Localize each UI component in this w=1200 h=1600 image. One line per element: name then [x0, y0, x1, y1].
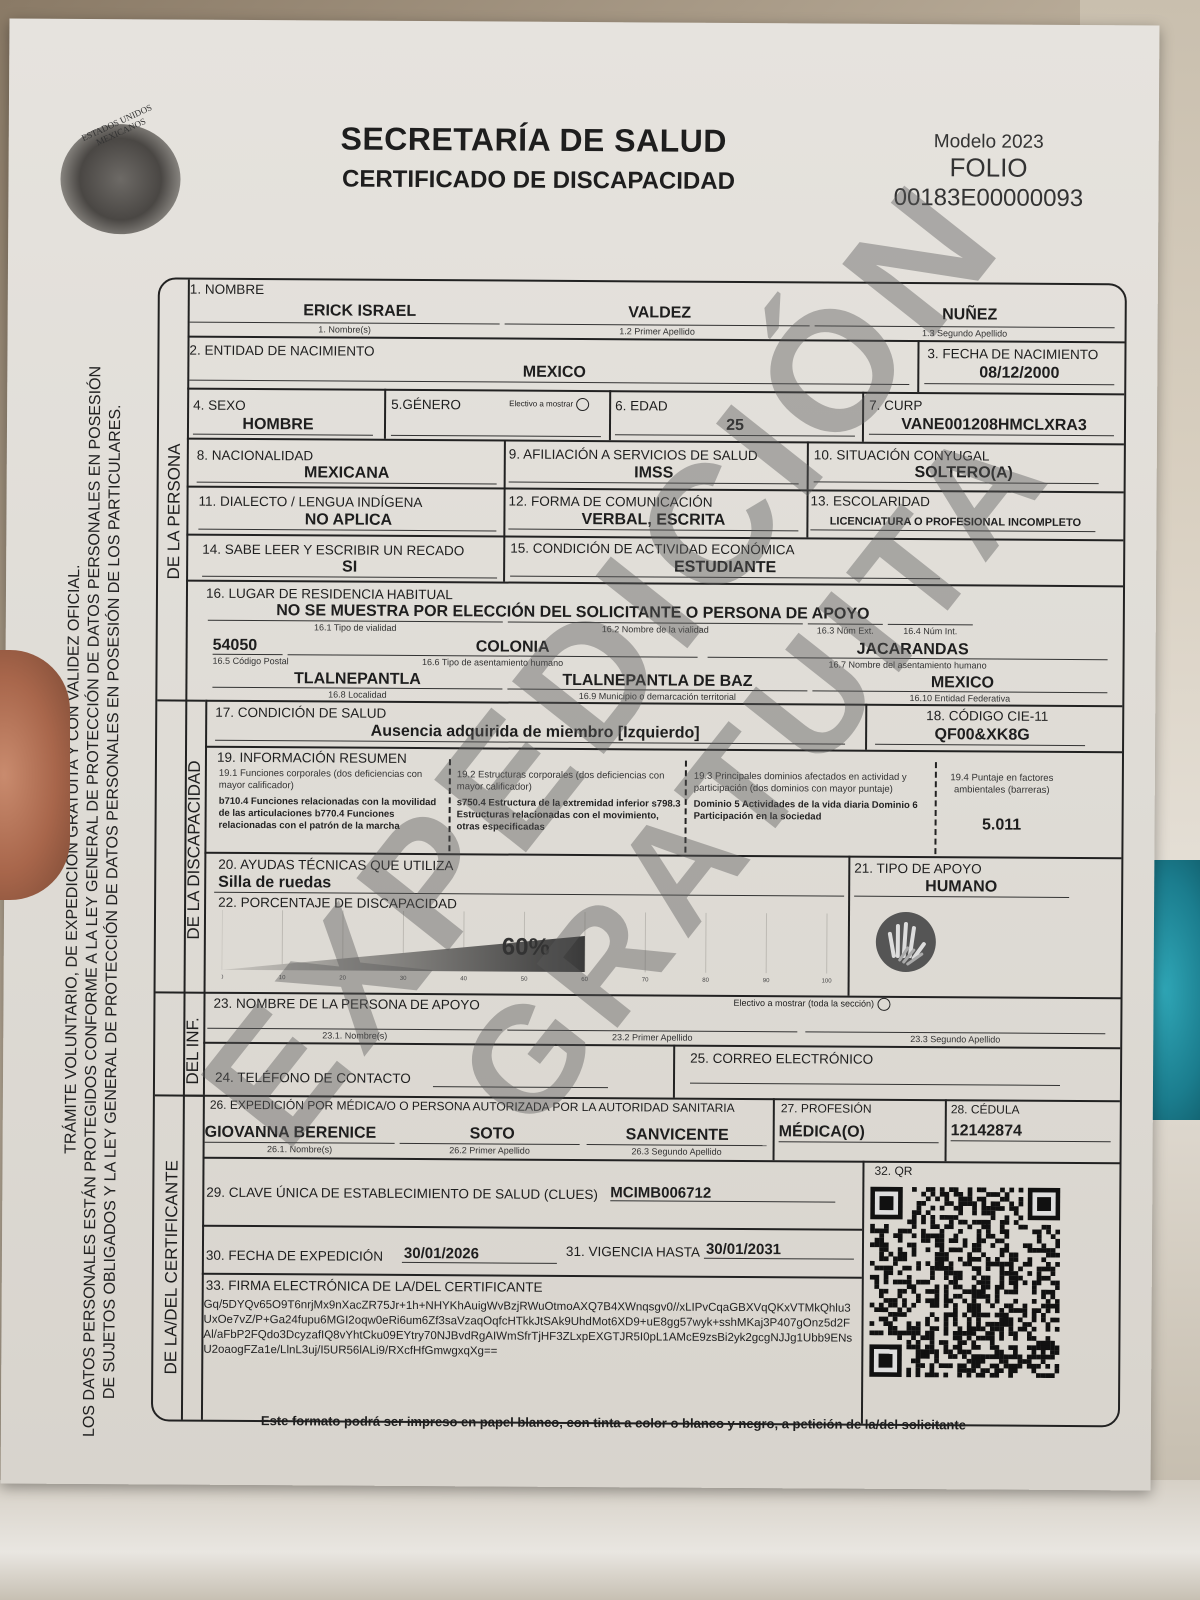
certificante-segundo-apellido-sub: 26.3 Segundo Apellido [587, 1146, 767, 1157]
cie-value: QF00&XK8G [872, 726, 1092, 745]
residencia-label: 16. LUGAR DE RESIDENCIA HABITUAL [206, 586, 453, 603]
document-title: CERTIFICADO DE DISCAPACIDAD [288, 165, 788, 196]
section-discapacidad-label: DE LA DISCAPACIDAD [184, 760, 205, 939]
profesion-value: MÉDICA(O) [779, 1123, 865, 1142]
telefono-field [433, 1086, 608, 1088]
nombre-label: 1. NOMBRE [190, 282, 264, 297]
firma-electronica: Gq/5DYQv65O9T6nrjMx9nXacZR75Jr+1h+NHYKhA… [203, 1298, 853, 1362]
svg-text:80: 80 [702, 978, 709, 984]
apoyo-segundo-apellido-sub: 23.3 Segundo Apellido [805, 1033, 1105, 1045]
escolaridad-label: 13. ESCOLARIDAD [811, 493, 930, 509]
cie-label: 18. CÓDIGO CIE-11 [887, 708, 1087, 724]
side-note-3: DE SUJETOS OBLIGADOS Y LA LEY GENERAL DE… [101, 404, 125, 1399]
informante-electivo-radio[interactable] [877, 998, 890, 1011]
fecha-exp-value: 30/01/2026 [404, 1245, 479, 1262]
persona-apoyo-label: 23. NOMBRE DE LA PERSONA DE APOYO [213, 996, 479, 1013]
resumen-1-body: b710.4 Funciones relacionadas con la mov… [219, 796, 444, 833]
sexo-value: HOMBRE [193, 416, 363, 435]
resumen-label: 19. INFORMACIÓN RESUMEN [217, 750, 407, 766]
condicion-label: 17. CONDICIÓN DE SALUD [215, 705, 386, 721]
sub-16-5: 16.5 Código Postal [213, 656, 283, 666]
clues-value: MCIMB006712 [610, 1184, 711, 1202]
genero-electivo: Electivo a mostrar [509, 398, 589, 411]
firma-label: 33. FIRMA ELECTRÓNICA DE LA/DEL CERTIFIC… [206, 1278, 543, 1295]
model-label: Modelo 2023 [909, 131, 1069, 154]
genero-label: 5.GÉNERO [391, 397, 461, 412]
expedicion-label: 26. EXPEDICIÓN POR MÉDICA/O O PERSONA AU… [210, 1098, 735, 1115]
sub-16-4: 16.4 Núm Int. [888, 626, 973, 637]
section-informante-label: DEL INF. [183, 1017, 203, 1085]
certificante-primer-apellido-sub: 26.2 Primer Apellido [400, 1145, 580, 1156]
porcentaje-label: 22. PORCENTAJE DE DISCAPACIDAD [218, 895, 457, 911]
certificante-nombres-value: GIOVANNA BERENICE [205, 1124, 400, 1143]
curp-label: 7. CURP [869, 398, 922, 413]
apoyo-label: 21. TIPO DE APOYO [854, 861, 981, 877]
folio-number: 00183E00000093 [878, 184, 1098, 213]
svg-text:90: 90 [763, 978, 770, 983]
certificante-primer-apellido-value: SOTO [400, 1125, 585, 1144]
primer-apellido-sub: 1.2 Primer Apellido [505, 326, 810, 338]
nacionalidad-label: 8. NACIONALIDAD [197, 448, 313, 464]
profesion-label: 27. PROFESIÓN [781, 1101, 872, 1116]
folio-label: FOLIO [908, 152, 1068, 184]
qr-label: 32. QR [874, 1164, 912, 1178]
percentage-value: 60% [502, 934, 550, 962]
sub-16-7: 16.7 Nombre del asentamiento humano [708, 659, 1108, 671]
conyugal-label: 10. SITUACIÓN CONYUGAL [814, 447, 990, 463]
fecha-nac-label: 3. FECHA DE NACIMIENTO [927, 346, 1098, 362]
certificante-nombres-sub: 26.1. Nombre(s) [205, 1144, 395, 1155]
certificante-segundo-apellido-value: SANVICENTE [585, 1126, 770, 1145]
section-persona-label: DE LA PERSONA [164, 443, 185, 579]
codigo-postal-value: 54050 [213, 637, 303, 656]
telefono-label: 24. TELÉFONO DE CONTACTO [215, 1070, 411, 1086]
resumen-3-body: Dominio 5 Actividades de la vida diaria … [694, 799, 934, 824]
sub-16-6: 16.6 Tipo de asentamiento humano [288, 656, 698, 669]
nombres-value: ERICK ISRAEL [200, 302, 520, 322]
segundo-apellido-sub: 1.3 Segundo Apellido [815, 327, 1115, 339]
nacionalidad-value: MEXICANA [197, 464, 497, 484]
nombres-sub: 1. Nombre(s) [190, 324, 500, 336]
resumen-4-title: 19.4 Puntaje en factores ambientales (ba… [942, 772, 1062, 797]
cedula-label: 28. CÉDULA [951, 1102, 1020, 1116]
primer-apellido-value: VALDEZ [505, 304, 815, 324]
clues-label: 29. CLAVE ÚNICA DE ESTABLECIMIENTO DE SA… [206, 1185, 598, 1202]
resumen-2-body: s750.4 Estructura de la extremidad infer… [457, 797, 682, 834]
correo-label: 25. CORREO ELECTRÓNICO [690, 1051, 873, 1067]
svg-text:100: 100 [822, 978, 832, 983]
resumen-2-title: 19.2 Estructuras corporales (dos deficie… [457, 769, 682, 794]
holding-thumb [0, 650, 70, 900]
background-bottom [0, 1480, 1200, 1600]
agency-title: SECRETARÍA DE SALUD [309, 120, 759, 160]
leer-value: SI [202, 558, 497, 578]
genero-electivo-radio[interactable] [576, 398, 589, 411]
resumen-4-value: 5.011 [942, 816, 1062, 835]
fecha-nac-value: 08/12/2000 [919, 364, 1119, 383]
certificate-paper: ESTADOS UNIDOS MEXICANOS SECRETARÍA DE S… [1, 19, 1160, 1491]
dialecto-value: NO APLICA [198, 511, 498, 531]
ayudas-label: 20. AYUDAS TÉCNICAS QUE UTILIZA [218, 857, 453, 873]
conyugal-value: SOLTERO(A) [814, 463, 1114, 483]
apoyo-value: HUMANO [856, 878, 1066, 897]
afiliacion-label: 9. AFILIACIÓN A SERVICIOS DE SALUD [509, 447, 758, 464]
helping-hands-icon [874, 910, 938, 974]
ayudas-value: Silla de ruedas [218, 874, 331, 893]
cedula-value: 12142874 [951, 1122, 1022, 1140]
leer-label: 14. SABE LEER Y ESCRIBIR UN RECADO [202, 542, 464, 559]
sub-16-2: 16.2 Nombre de la vialidad [508, 624, 803, 636]
edad-value: 25 [615, 416, 855, 435]
afiliacion-value: IMSS [509, 464, 799, 484]
correo-field [690, 1083, 1060, 1086]
segundo-apellido-value: NUÑEZ [815, 305, 1125, 325]
sub-16-10: 16.10 Entidad Federativa [812, 692, 1107, 704]
section-certificante-label: DE LA/DEL CERTIFICANTE [161, 1160, 182, 1375]
resumen-3-title: 19.3 Principales dominios afectados en a… [694, 771, 934, 796]
sub-16-3: 16.3 Núm Ext. [808, 625, 883, 635]
edad-label: 6. EDAD [615, 398, 668, 413]
informante-electivo: Electivo a mostrar (toda la sección) [733, 997, 890, 1011]
entidad-label: 2. ENTIDAD DE NACIMIENTO [189, 343, 374, 359]
apoyo-nombres-sub: 23.1. Nombre(s) [207, 1030, 502, 1042]
vigencia-label: 31. VIGENCIA HASTA [566, 1244, 700, 1260]
sexo-label: 4. SEXO [193, 398, 246, 413]
curp-value: VANE001208HMCLXRA3 [864, 416, 1124, 436]
comunicacion-label: 12. FORMA DE COMUNICACIÓN [509, 494, 713, 510]
sub-16-8: 16.8 Localidad [212, 689, 502, 701]
comunicacion-value: VERBAL, ESCRITA [508, 511, 798, 531]
sub-16-1: 16.1 Tipo de vialidad [208, 622, 503, 634]
escolaridad-value: LICENCIATURA O PROFESIONAL INCOMPLETO [810, 515, 1100, 529]
dialecto-label: 11. DIALECTO / LENGUA INDÍGENA [198, 494, 422, 510]
resumen-1-title: 19.1 Funciones corporales (dos deficienc… [219, 768, 444, 793]
sub-16-9: 16.9 Municipio o demarcación territorial [507, 691, 807, 703]
apoyo-primer-apellido-sub: 23.2 Primer Apellido [507, 1032, 797, 1044]
actividad-label: 15. CONDICIÓN DE ACTIVIDAD ECONÓMICA [510, 541, 794, 558]
qr-code [869, 1182, 1060, 1383]
fecha-exp-label: 30. FECHA DE EXPEDICIÓN [206, 1248, 383, 1264]
vigencia-value: 30/01/2031 [706, 1241, 781, 1258]
